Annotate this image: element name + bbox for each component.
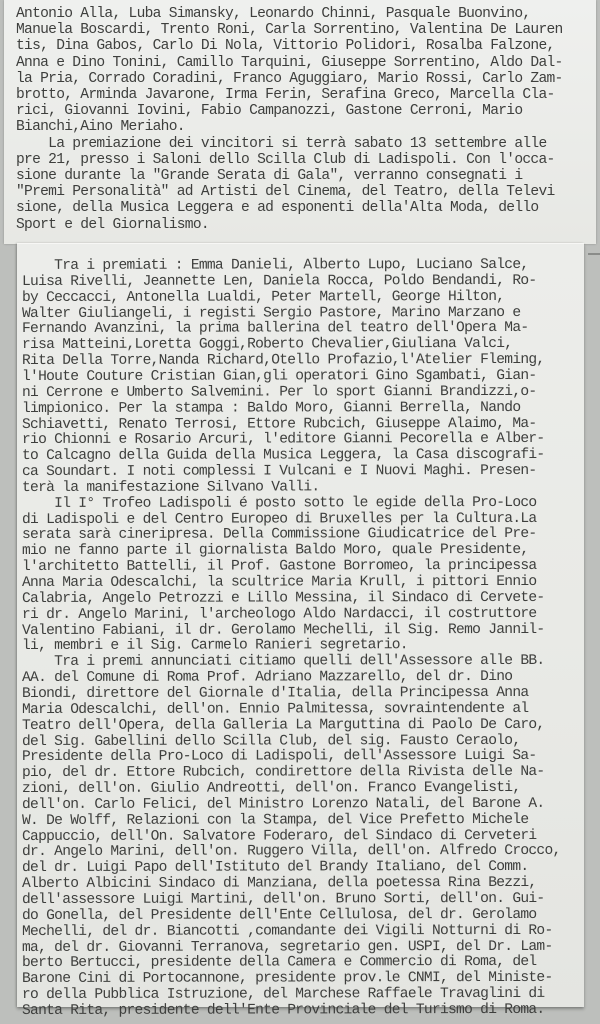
- text-line: Tra i premi annunciati citiamo quelli de…: [22, 653, 544, 670]
- text-line: Tra i premiati : Emma Danieli, Alberto L…: [22, 257, 528, 274]
- text-line: Alberto Albicini Sindaco di Manziana, de…: [22, 875, 536, 892]
- text-line: pre 21, presso i Saloni dello Scilla Clu…: [16, 152, 555, 168]
- text-line: mio ne fanno parte il giornalista Baldo …: [22, 542, 528, 559]
- text-line: la Pria, Corrado Coradini, Franco Aguggi…: [16, 71, 563, 87]
- text-line: Schiavetti, Renato Terrosi, Ettore Rubci…: [22, 415, 536, 432]
- text-line: zioni, dell'on. Giulio Andreotti, dell'o…: [22, 780, 520, 797]
- text-line: Antonio Alla, Luba Simansky, Leonardo Ch…: [16, 6, 530, 22]
- text-line: rio Chionni e Rosario Arcuri, l'editore …: [22, 431, 544, 448]
- text-line: berto Bertucci, presidente della Camera …: [22, 954, 536, 971]
- text-line: li, membri e il Sig. Carmelo Ranieri seg…: [22, 638, 408, 655]
- text-line: Cappuccio, dell'On. Salvatore Foderaro, …: [22, 828, 536, 845]
- text-line: Biondi, direttore del Giornale d'Italia,…: [22, 685, 528, 702]
- text-line: Anna e Dino Tonini, Camillo Tarquini, Gi…: [16, 55, 563, 71]
- text-line: sione durante la "Grande Serata di Gala"…: [16, 168, 522, 184]
- text-line: Mechelli, del dr. Biancotti ,comandante …: [22, 923, 553, 940]
- text-line: sione, della Musica Leggera e ad esponen…: [16, 200, 538, 216]
- text-line: La premiazione dei vincitori si terrà sa…: [16, 136, 547, 152]
- text-line: risa Matteini,Loretta Goggi,Roberto Chev…: [22, 336, 512, 353]
- text-line: Maria Odescalchi, dell'on. Ennio Palmite…: [22, 701, 528, 718]
- text-line: Valentino Fabiani, il dr. Gerolamo Meche…: [22, 621, 544, 638]
- text-line: W. De Wolff, Relazioni con la Stampa, de…: [22, 812, 528, 829]
- text-line: ca Soundart. I noti complessi I Vulcani …: [22, 463, 536, 480]
- text-line: tis, Dina Gabos, Carlo Di Nola, Vittorio…: [16, 38, 555, 54]
- text-line: serata sarà cineripresa. Della Commissio…: [22, 526, 536, 543]
- text-line: Santa Rita, presidente dell'Ente Provinc…: [22, 1002, 544, 1019]
- text-line: del Sig. Gabellini dello Scilla Club, de…: [22, 732, 520, 749]
- text-line: dell'on. Carlo Felici, del Ministro Lore…: [22, 796, 544, 813]
- text-line: Sport e del Giornalismo.: [16, 217, 209, 233]
- edge-mark: [588, 253, 600, 255]
- text-line: Fernando Avanzini, la prima ballerina de…: [22, 320, 528, 337]
- text-line: ro della Pubblica Istruzione, del Marche…: [22, 986, 544, 1003]
- text-line: Barone Cini di Portocannone, presidente …: [22, 970, 553, 987]
- text-line: del dr. Luigi Papo dell'Istituto del Bra…: [22, 859, 528, 876]
- text-line: Presidente della Pro-Loco di Ladispoli, …: [22, 748, 536, 765]
- text-line: ma, del dr. Giovanni Terranova, segretar…: [22, 938, 553, 955]
- text-line: Walter Giuliangeli, i registi Sergio Pas…: [22, 305, 520, 322]
- text-line: Calabria, Angelo Petrozzi e Lillo Messin…: [22, 590, 544, 607]
- text-line: AA. del Comune di Roma Prof. Adriano Maz…: [22, 669, 512, 686]
- text-line: Luisa Rivelli, Jeannette Len, Daniela Ro…: [22, 273, 536, 290]
- text-line: by Ceccacci, Antonella Lualdi, Peter Mar…: [22, 289, 504, 306]
- text-line: Manuela Boscardi, Trento Roni, Carla Sor…: [16, 22, 563, 38]
- text-line: ri dr. Angelo Marini, l'archeologo Aldo …: [22, 606, 536, 623]
- text-line: do Gonella, del Presidente dell'Ente Cel…: [22, 907, 536, 924]
- text-line: brotto, Arminda Javarone, Irma Ferin, Se…: [16, 87, 555, 103]
- text-line: pio, del dr. Ettore Rubcich, condirettor…: [22, 764, 544, 781]
- text-line: terà la manifestazione Silvano Valli.: [22, 479, 319, 496]
- text-line: to Calcagno della Guida della Musica Leg…: [22, 447, 544, 464]
- text-line: rici, Giovanni Iovini, Fabio Campanozzi,…: [16, 103, 522, 119]
- text-line: Bianchi,Aino Meriaho.: [16, 119, 185, 135]
- text-line: Il I° Trofeo Ladispoli é posto sotto le …: [22, 495, 536, 512]
- text-line: Teatro dell'Opera, della Galleria La Mar…: [22, 717, 544, 734]
- text-line: limpionico. Per la stampa : Baldo Moro, …: [22, 400, 520, 417]
- text-line: l'Houte Couture Cristian Gian,gli operat…: [22, 368, 536, 385]
- text-line: dr. Angelo Marini, dell'on. Ruggero Vill…: [22, 843, 561, 860]
- text-line: Anna Maria Odescalchi, la scultrice Mari…: [22, 574, 536, 591]
- text-line: l'architetto Battelli, il Prof. Gastone …: [22, 558, 536, 575]
- text-line: Rita Della Torre,Nanda Richard,Otello Pr…: [22, 352, 544, 369]
- text-line: ni Cerrone e Umberto Salvemini. Per lo s…: [22, 384, 536, 401]
- text-line: "Premi Personalità" ad Artisti del Cinem…: [16, 184, 555, 200]
- text-line: dell'assessore Luigi Martini, dell'on. B…: [22, 891, 544, 908]
- text-line: di Ladispoli e del Centro Europeo di Bru…: [22, 511, 536, 528]
